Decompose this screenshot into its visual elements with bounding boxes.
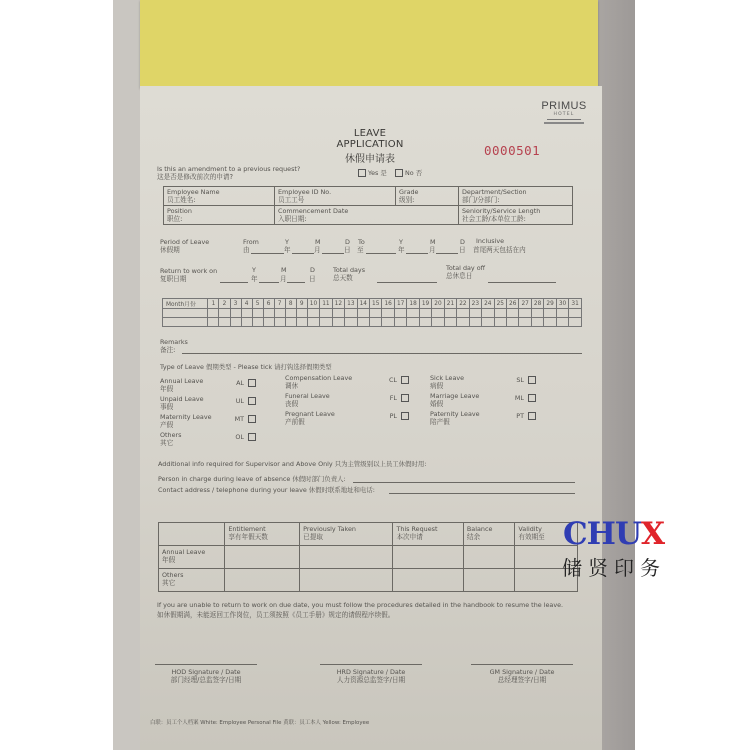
amendment-question: Is this an amendment to a previous reque…	[157, 165, 300, 181]
balance-cell[interactable]	[393, 546, 463, 569]
day-cell[interactable]	[432, 318, 444, 327]
amendment-no-label: No 否	[405, 169, 422, 177]
day-cell[interactable]	[252, 309, 263, 318]
day-cell[interactable]	[285, 309, 296, 318]
leave-fl-checkbox[interactable]	[401, 394, 409, 402]
leave-option-cl: Compensation Leave调休CL	[285, 374, 413, 392]
leave-code: AL	[236, 379, 244, 387]
day-cell[interactable]	[469, 309, 481, 318]
grade-field[interactable]: Grade级别:	[396, 187, 459, 206]
hrd-signature-line[interactable]	[320, 664, 422, 665]
leave-option-fl: Funeral Leave丧假FL	[285, 392, 413, 410]
leave-code: CL	[389, 376, 397, 384]
calendar-grid: Month月份123456789101112131415161718192021…	[162, 298, 582, 327]
leave-code: FL	[390, 394, 397, 402]
inclusive-label-cn: 首尾两天包括在内	[473, 246, 526, 254]
day-cell[interactable]	[556, 318, 568, 327]
day-cell[interactable]	[531, 309, 543, 318]
calendar-month-cell[interactable]	[163, 309, 208, 318]
chux-watermark-cn: 储贤印务	[562, 552, 666, 581]
return-notice-cn: 如休假期满，未能返回工作岗位，员工须按照《员工手册》规定的请假程序续假。	[157, 611, 394, 619]
day-cell[interactable]	[320, 309, 332, 318]
leave-type-column-2: Compensation Leave调休CLFuneral Leave丧假FLP…	[285, 374, 413, 428]
day-header: 26	[506, 299, 518, 309]
day-cell[interactable]	[482, 309, 494, 318]
day-cell[interactable]	[274, 309, 285, 318]
total-days-label: Total days总天数	[333, 266, 365, 282]
day-cell[interactable]	[382, 309, 394, 318]
leave-balance-table: Entitlement享有年假天数Previously Taken已提取This…	[158, 522, 578, 592]
leave-application-form: PRIMUS HOTEL LEAVE APPLICATION 休假申请表 000…	[140, 86, 602, 750]
day-header: 1	[208, 299, 219, 309]
day-cell[interactable]	[332, 318, 344, 327]
logo-sub: HOTEL	[532, 112, 596, 117]
to-label: To	[358, 238, 365, 246]
person-in-charge-label: Person in charge during leave of absence…	[158, 475, 346, 483]
day-cell[interactable]	[482, 318, 494, 327]
day-cell[interactable]	[544, 309, 556, 318]
balance-cell[interactable]	[225, 569, 300, 592]
balance-row-label: Annual Leave年假	[159, 546, 225, 569]
day-cell[interactable]	[519, 318, 531, 327]
day-cell[interactable]	[296, 318, 307, 327]
day-cell[interactable]	[444, 309, 456, 318]
day-cell[interactable]	[370, 318, 382, 327]
day-header: 14	[357, 299, 369, 309]
day-cell[interactable]	[357, 309, 369, 318]
total-days-field[interactable]	[377, 282, 437, 283]
leave-option-sl: Sick Leave病假SL	[430, 374, 540, 392]
form-title: LEAVE APPLICATION 休假申请表	[320, 128, 420, 165]
day-cell[interactable]	[494, 309, 506, 318]
commencement-date-field[interactable]: Commencement Date入职日期:	[275, 206, 459, 225]
day-header: 16	[382, 299, 394, 309]
balance-cell[interactable]	[225, 546, 300, 569]
day-cell[interactable]	[285, 318, 296, 327]
balance-header	[159, 523, 225, 546]
return-label: Return to work on复职日期	[160, 267, 217, 283]
employee-id-field[interactable]: Employee ID No.员工工号	[275, 187, 396, 206]
employee-name-field[interactable]: Employee Name员工姓名:	[164, 187, 275, 206]
leave-option-pl: Pregnant Leave产前假PL	[285, 410, 413, 428]
balance-row-label: Others其它	[159, 569, 225, 592]
leave-code: OL	[235, 433, 244, 441]
day-cell[interactable]	[407, 318, 419, 327]
day-cell[interactable]	[569, 318, 582, 327]
day-cell[interactable]	[241, 309, 252, 318]
leave-type-column-3: Sick Leave病假SLMarriage Leave婚假MLPaternit…	[430, 374, 540, 428]
gm-signature: GM Signature / Date总经理签字/日期	[452, 668, 592, 684]
leave-option-al: Annual Leave年假AL	[160, 377, 260, 395]
leave-pl-checkbox[interactable]	[401, 412, 409, 420]
return-year-field[interactable]	[220, 282, 248, 283]
leave-code: PL	[390, 412, 397, 420]
total-day-off-field[interactable]	[488, 282, 556, 283]
hotel-logo: PRIMUS HOTEL	[532, 100, 596, 124]
leave-al-checkbox[interactable]	[248, 379, 256, 387]
return-month-field[interactable]	[259, 282, 279, 283]
day-cell[interactable]	[506, 309, 518, 318]
day-cell[interactable]	[307, 318, 319, 327]
day-header: 12	[332, 299, 344, 309]
leave-option-ml: Marriage Leave婚假ML	[430, 392, 540, 410]
day-cell[interactable]	[263, 309, 274, 318]
day-cell[interactable]	[432, 309, 444, 318]
day-cell[interactable]	[469, 318, 481, 327]
employee-info-table: Employee Name员工姓名: Employee ID No.员工工号 G…	[163, 186, 573, 225]
leave-type-column-1: Annual Leave年假ALUnpaid Leave事假ULMaternit…	[160, 377, 260, 449]
chux-watermark: CHUX	[563, 518, 664, 550]
day-header: 24	[482, 299, 494, 309]
day-cell[interactable]	[357, 318, 369, 327]
day-header: 2	[219, 299, 230, 309]
day-cell[interactable]	[444, 318, 456, 327]
calendar-month-cell[interactable]	[163, 318, 208, 327]
remarks-field[interactable]	[182, 353, 582, 354]
leave-type-heading: Type of Leave 假期类型 - Please tick 请打钩选择假期…	[160, 363, 332, 371]
logo-brand: PRIMUS	[532, 100, 596, 112]
balance-header: Entitlement享有年假天数	[225, 523, 300, 546]
balance-cell[interactable]	[463, 546, 514, 569]
day-header: 3	[230, 299, 241, 309]
title-en: LEAVE APPLICATION	[320, 128, 420, 150]
seniority-field[interactable]: Seniority/Service Length社会工龄/本单位工龄:	[459, 206, 573, 225]
balance-cell[interactable]	[300, 546, 393, 569]
day-header: 21	[444, 299, 456, 309]
day-cell[interactable]	[457, 318, 469, 327]
day-header: 15	[370, 299, 382, 309]
total-day-off-label: Total day off总休息日	[446, 264, 485, 280]
leave-option-pt: Paternity Leave陪产假PT	[430, 410, 540, 428]
day-cell[interactable]	[345, 309, 357, 318]
yellow-carbon-copy-sheet	[140, 0, 598, 88]
period-label: Period of Leave休假期	[160, 238, 209, 254]
day-cell[interactable]	[519, 309, 531, 318]
balance-cell[interactable]	[393, 569, 463, 592]
day-cell[interactable]	[569, 309, 582, 318]
leave-option-ol: Others其它OL	[160, 431, 260, 449]
leave-option-ul: Unpaid Leave事假UL	[160, 395, 260, 413]
contact-label: Contact address / telephone during your …	[158, 486, 375, 494]
day-cell[interactable]	[494, 318, 506, 327]
day-cell[interactable]	[230, 318, 241, 327]
day-header: 5	[252, 299, 263, 309]
day-cell[interactable]	[241, 318, 252, 327]
leave-option-mt: Maternity Leave产假MT	[160, 413, 260, 431]
leave-code: PT	[516, 412, 524, 420]
department-field[interactable]: Department/Section部门/分部门:	[459, 187, 573, 206]
balance-header: Balance结余	[463, 523, 514, 546]
day-cell[interactable]	[394, 318, 406, 327]
day-header: 28	[531, 299, 543, 309]
day-cell[interactable]	[219, 318, 230, 327]
day-cell[interactable]	[320, 318, 332, 327]
day-header: 11	[320, 299, 332, 309]
day-cell[interactable]	[394, 309, 406, 318]
balance-header: Previously Taken已提取	[300, 523, 393, 546]
from-year-field[interactable]	[251, 253, 284, 254]
day-header: 4	[241, 299, 252, 309]
balance-header: This Request本次申请	[393, 523, 463, 546]
leave-pt-checkbox[interactable]	[528, 412, 536, 420]
to-day-field[interactable]	[436, 253, 458, 254]
day-cell[interactable]	[252, 318, 263, 327]
day-header: 17	[394, 299, 406, 309]
leave-code: SL	[516, 376, 524, 384]
balance-row: Others其它	[159, 569, 578, 592]
person-in-charge-field[interactable]	[353, 482, 575, 483]
day-cell[interactable]	[407, 309, 419, 318]
day-cell[interactable]	[531, 318, 543, 327]
day-header: 13	[345, 299, 357, 309]
day-header: 30	[556, 299, 568, 309]
inclusive-label: Inclusive	[476, 237, 504, 245]
month-header: Month月份	[163, 299, 208, 309]
photo-shadow-edge	[598, 0, 635, 750]
balance-row: Annual Leave年假	[159, 546, 578, 569]
leave-code: UL	[236, 397, 244, 405]
day-header: 8	[285, 299, 296, 309]
hrd-signature: HRD Signature / Date人力资源总监签字/日期	[301, 668, 441, 684]
position-field[interactable]: Position职位:	[164, 206, 275, 225]
day-header: 9	[296, 299, 307, 309]
day-cell[interactable]	[274, 318, 285, 327]
day-cell[interactable]	[382, 318, 394, 327]
supervisor-heading: Additional info required for Supervisor …	[158, 460, 426, 468]
leave-ul-checkbox[interactable]	[248, 397, 256, 405]
day-cell[interactable]	[230, 309, 241, 318]
serial-number: 0000501	[484, 143, 540, 158]
day-header: 18	[407, 299, 419, 309]
balance-cell[interactable]	[463, 569, 514, 592]
leave-ol-checkbox[interactable]	[248, 433, 256, 441]
day-cell[interactable]	[544, 318, 556, 327]
day-cell[interactable]	[419, 318, 431, 327]
day-header: 29	[544, 299, 556, 309]
from-month-field[interactable]	[292, 253, 314, 254]
return-day-field[interactable]	[287, 282, 305, 283]
day-cell[interactable]	[296, 309, 307, 318]
leave-code: MT	[235, 415, 244, 423]
copies-note: 白联：员工个人档案 White: Employee Personal File …	[150, 719, 369, 727]
leave-ml-checkbox[interactable]	[528, 394, 536, 402]
day-cell[interactable]	[457, 309, 469, 318]
day-cell[interactable]	[370, 309, 382, 318]
to-month-field[interactable]	[406, 253, 428, 254]
day-cell[interactable]	[419, 309, 431, 318]
amendment-yes-checkbox[interactable]	[358, 169, 366, 177]
return-notice-en: If you are unable to return to work on d…	[157, 601, 563, 609]
leave-cl-checkbox[interactable]	[401, 376, 409, 384]
day-cell[interactable]	[307, 309, 319, 318]
amendment-options: Yes 是 No 否	[358, 169, 422, 177]
day-cell[interactable]	[345, 318, 357, 327]
day-header: 19	[419, 299, 431, 309]
amendment-yes-label: Yes 是	[368, 169, 387, 177]
day-cell[interactable]	[332, 309, 344, 318]
day-cell[interactable]	[219, 309, 230, 318]
day-header: 22	[457, 299, 469, 309]
day-header: 27	[519, 299, 531, 309]
hod-signature: HOD Signature / Date部门经理/总监签字/日期	[136, 668, 276, 684]
day-header: 31	[569, 299, 582, 309]
leave-mt-checkbox[interactable]	[248, 415, 256, 423]
title-cn: 休假申请表	[320, 150, 420, 165]
day-header: 20	[432, 299, 444, 309]
amendment-no-checkbox[interactable]	[395, 169, 403, 177]
balance-cell[interactable]	[300, 569, 393, 592]
remarks-label: Remarks备注:	[160, 338, 188, 354]
from-day-field[interactable]	[322, 253, 344, 254]
contact-field[interactable]	[389, 493, 575, 494]
day-cell[interactable]	[208, 318, 219, 327]
day-header: 6	[263, 299, 274, 309]
day-header: 25	[494, 299, 506, 309]
from-label: From	[243, 238, 259, 246]
day-cell[interactable]	[263, 318, 274, 327]
day-header: 10	[307, 299, 319, 309]
leave-sl-checkbox[interactable]	[528, 376, 536, 384]
hod-signature-line[interactable]	[155, 664, 257, 665]
to-year-field[interactable]	[366, 253, 396, 254]
gm-signature-line[interactable]	[471, 664, 573, 665]
day-cell[interactable]	[556, 309, 568, 318]
day-header: 23	[469, 299, 481, 309]
leave-code: ML	[515, 394, 524, 402]
day-cell[interactable]	[208, 309, 219, 318]
from-label-cn: 由	[243, 246, 250, 254]
day-header: 7	[274, 299, 285, 309]
day-cell[interactable]	[506, 318, 518, 327]
